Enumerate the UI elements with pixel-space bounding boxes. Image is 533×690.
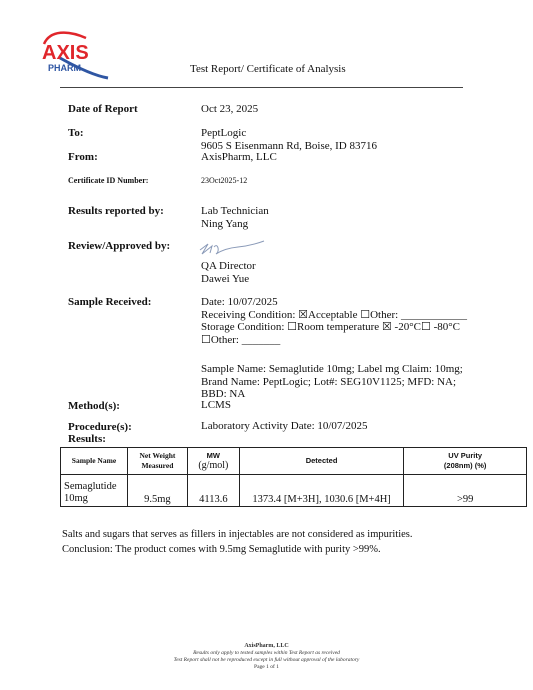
header-net-weight: Net Weight Measured (127, 448, 187, 475)
header-mw-unit: (g/mol) (191, 461, 236, 471)
results-reported-by-value: Lab Technician Ning Yang (201, 205, 269, 230)
signature-icon (198, 238, 268, 258)
note-conclusion: Conclusion: The product comes with 9.5mg… (62, 542, 413, 557)
received-date: Date: 10/07/2025 (201, 296, 467, 309)
axispharm-logo: AXIS PHARM (38, 28, 118, 80)
signature-image (198, 238, 268, 258)
to-label: To: (68, 127, 84, 139)
header-uv-purity-line: (208nm) (%) (407, 461, 523, 471)
footer-line: Results only apply to tested samples wit… (0, 650, 533, 657)
date-of-report-value: Oct 23, 2025 (201, 103, 258, 116)
footer-company: AxisPharm, LLC (0, 643, 533, 650)
cell-detected: 1373.4 [M+3H], 1030.6 [M+4H] (239, 475, 404, 507)
approver-title: QA Director (201, 260, 256, 273)
footer-page-number: Page 1 of 1 (0, 664, 533, 671)
reporter-name: Ning Yang (201, 218, 269, 231)
review-approved-by-label: Review/Approved by: (68, 240, 170, 252)
table-header-row: Sample Name Net Weight Measured MW (g/mo… (61, 448, 527, 475)
cell-mw: 4113.6 (187, 475, 239, 507)
table-row: Semaglutide 10mg 9.5mg 4113.6 1373.4 [M+… (61, 475, 527, 507)
cell-net-weight: 9.5mg (127, 475, 187, 507)
review-approved-by-value: QA Director Dawei Yue (201, 260, 256, 285)
storage-other: ☐Other: _______ (201, 334, 467, 347)
methods-label: Method(s): (68, 400, 120, 412)
header-sample-name: Sample Name (61, 448, 128, 475)
storage-condition: Storage Condition: ☐Room temperature ☒ -… (201, 321, 467, 334)
receiving-condition: Receiving Condition: ☒Acceptable ☐Other:… (201, 309, 467, 322)
from-label: From: (68, 151, 98, 163)
header-net-weight-line: Measured (131, 461, 184, 471)
sample-info-line: BBD: NA (201, 388, 463, 401)
footer: AxisPharm, LLC Results only apply to tes… (0, 643, 533, 671)
procedures-label: Procedure(s): (68, 421, 132, 433)
procedures-value: Laboratory Activity Date: 10/07/2025 (201, 420, 368, 433)
sample-received-label: Sample Received: (68, 296, 151, 308)
certificate-id-value: 23Oct2025-12 (201, 176, 247, 185)
header-net-weight-line: Net Weight (131, 451, 184, 461)
logo-text-axis: AXIS (42, 42, 89, 64)
date-of-report-label: Date of Report (68, 103, 138, 115)
cell-sample-name-line: Semaglutide (64, 481, 124, 493)
sample-received-value: Date: 10/07/2025 Receiving Condition: ☒A… (201, 296, 467, 346)
to-value: PeptLogic 9605 S Eisenmann Rd, Boise, ID… (201, 127, 377, 152)
approver-name: Dawei Yue (201, 273, 256, 286)
header-detected: Detected (239, 448, 404, 475)
sample-info-line: Brand Name: PeptLogic; Lot#: SEG10V1125;… (201, 376, 463, 389)
notes: Salts and sugars that serves as fillers … (62, 527, 413, 557)
header-divider (60, 87, 463, 88)
header-mw: MW (g/mol) (187, 448, 239, 475)
certificate-id-label: Certificate ID Number: (68, 176, 148, 185)
sample-info: Sample Name: Semaglutide 10mg; Label mg … (201, 363, 463, 401)
header-uv-purity-line: UV Purity (407, 451, 523, 461)
from-value: AxisPharm, LLC (201, 151, 277, 164)
note-fillers: Salts and sugars that serves as fillers … (62, 527, 413, 542)
cell-sample-name: Semaglutide 10mg (61, 475, 128, 507)
logo-swoosh-icon: AXIS PHARM (38, 28, 118, 80)
header-uv-purity: UV Purity (208nm) (%) (404, 448, 527, 475)
logo-text-pharm: PHARM (48, 63, 81, 73)
results-reported-by-label: Results reported by: (68, 205, 164, 217)
methods-value: LCMS (201, 399, 231, 412)
to-company: PeptLogic (201, 127, 377, 140)
sample-info-line: Sample Name: Semaglutide 10mg; Label mg … (201, 363, 463, 376)
cell-uv-purity: >99 (404, 475, 527, 507)
results-label: Results: (68, 433, 106, 445)
results-table: Sample Name Net Weight Measured MW (g/mo… (60, 447, 527, 507)
cell-sample-name-line: 10mg (64, 493, 124, 505)
reporter-title: Lab Technician (201, 205, 269, 218)
document-title: Test Report/ Certificate of Analysis (190, 63, 346, 75)
footer-line: Test Report shall not be reproduced exce… (0, 657, 533, 664)
